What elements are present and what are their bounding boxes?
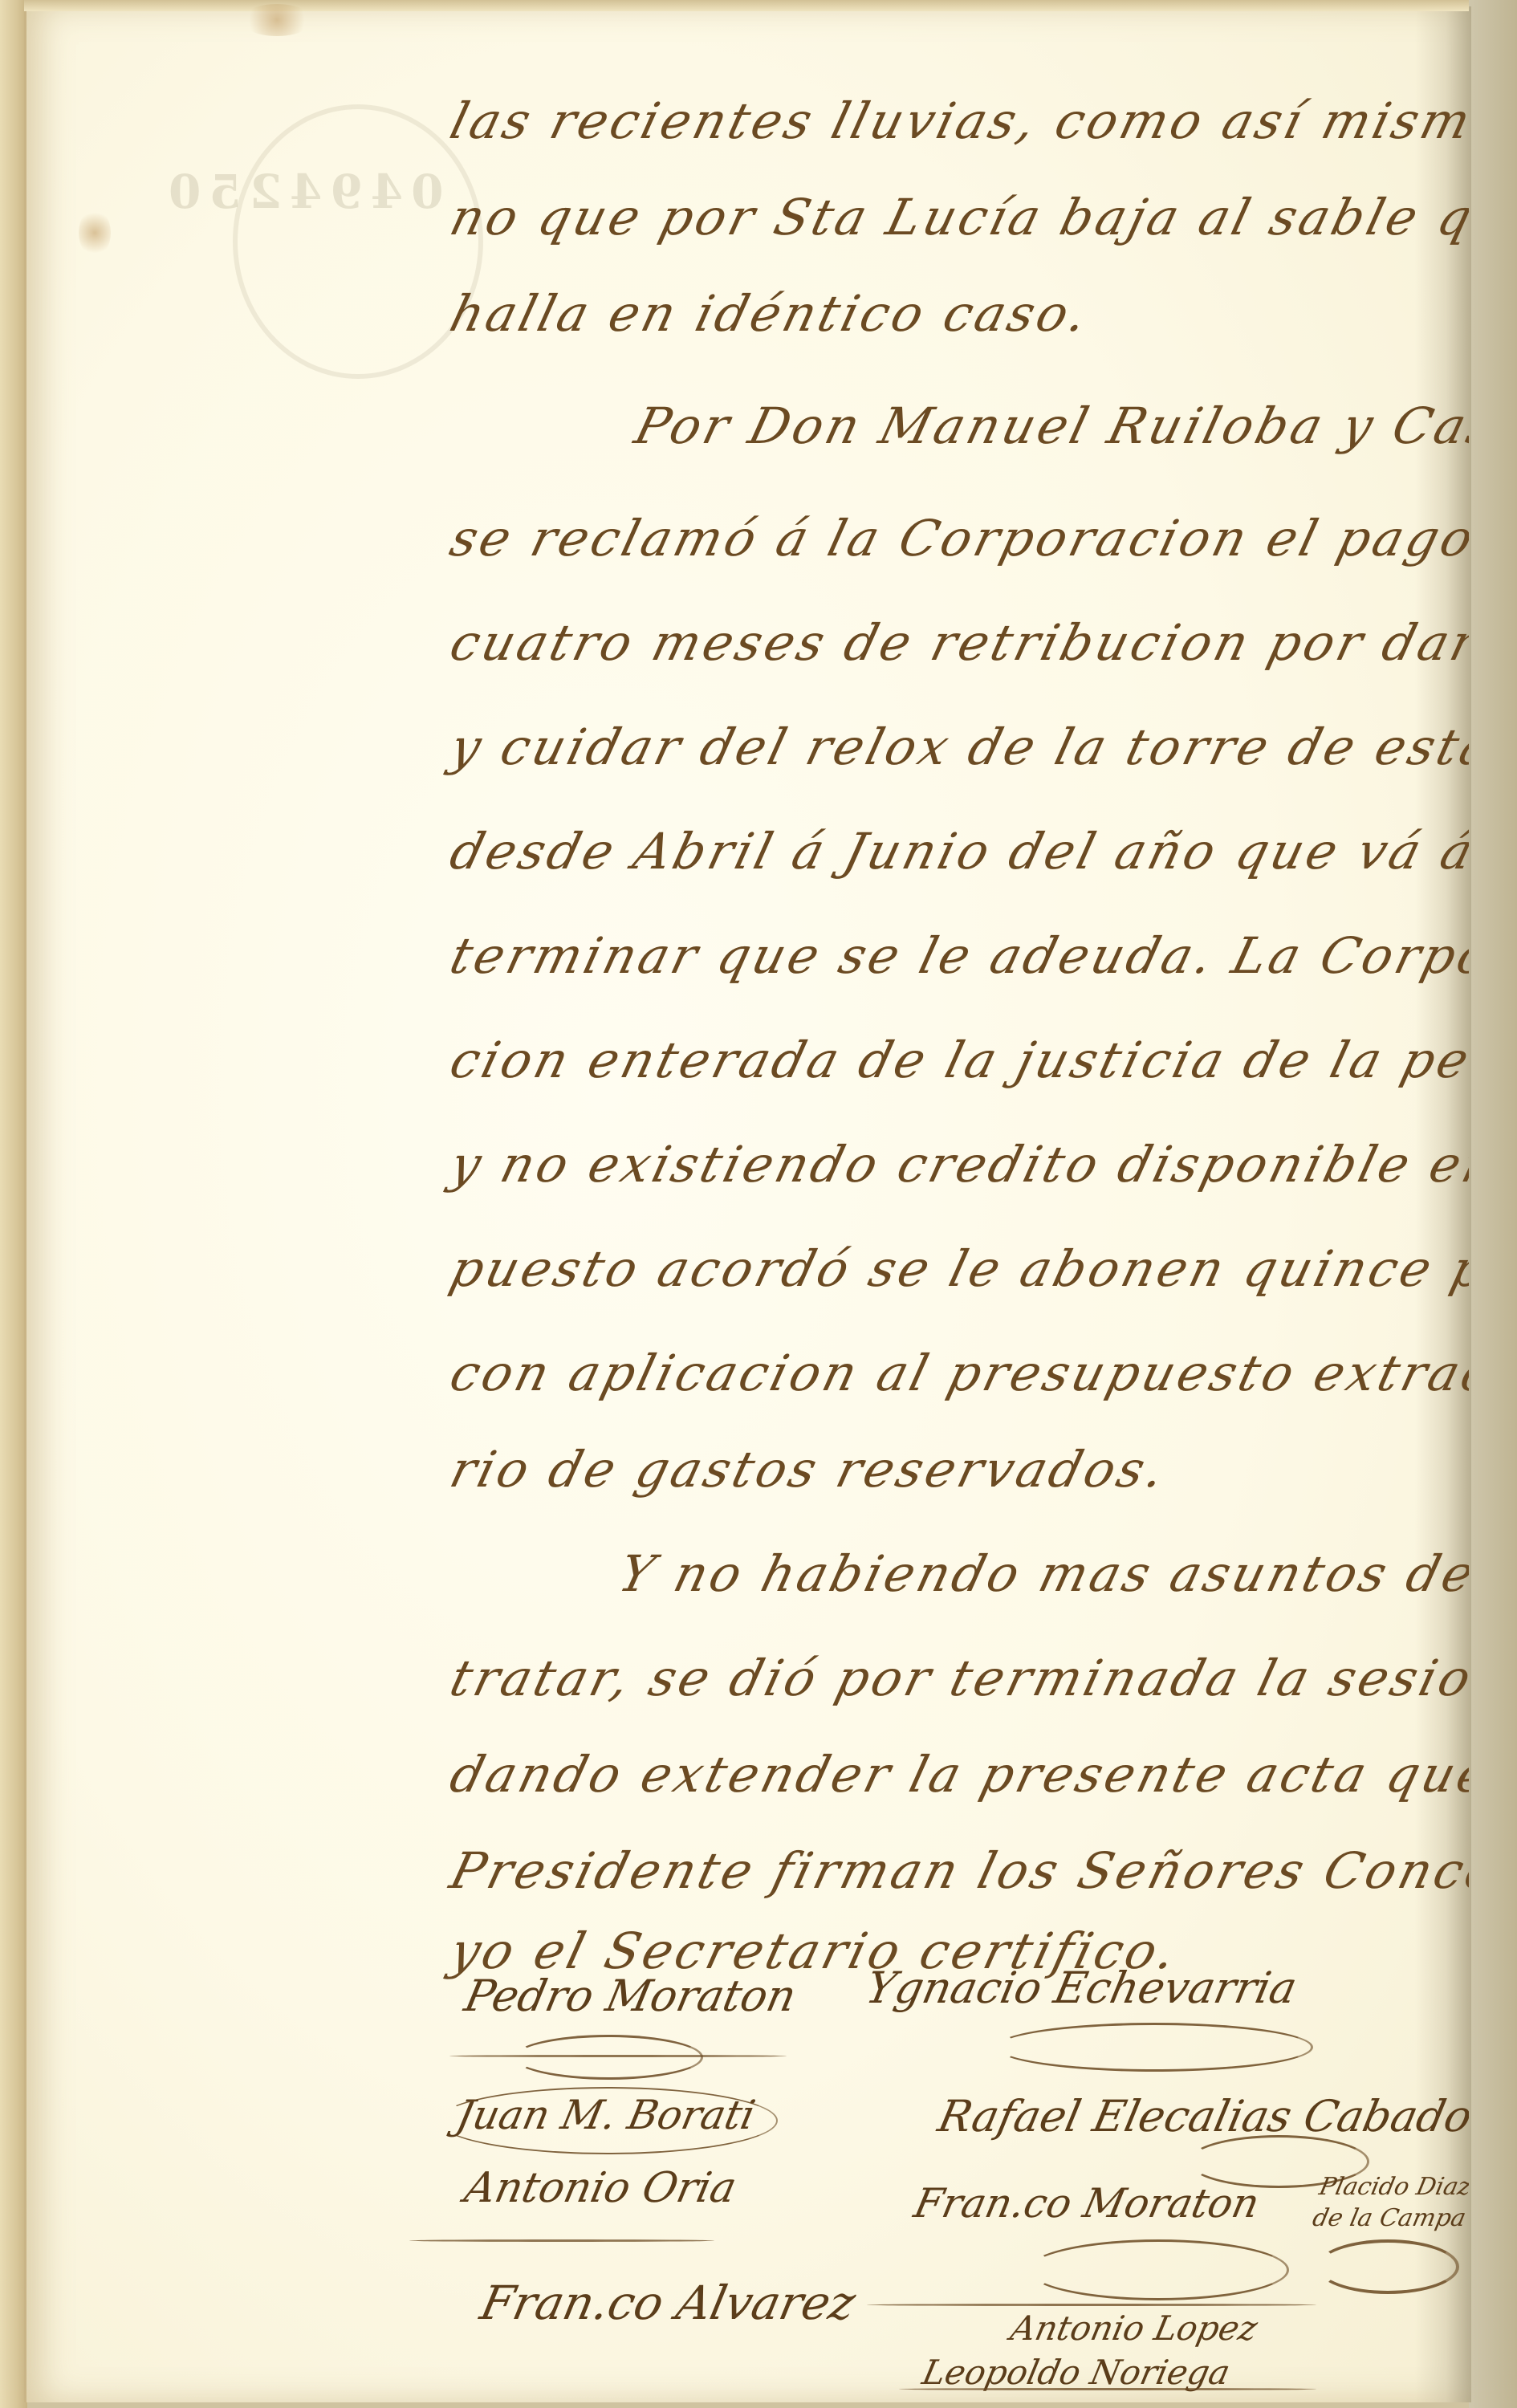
body-line: desde Abril á Junio del año que vá á [445, 827, 1469, 877]
signature-leopoldo-noriega: Leopoldo Noriega [920, 2356, 1233, 2390]
signature-rafael-cabado: Rafael Elecalias Cabado [934, 2095, 1469, 2138]
signature-antonio-oria: Antonio Oria [461, 2167, 739, 2209]
body-line: las recientes lluvias, como así mismo el… [445, 96, 1469, 146]
signature-francisco-moraton: Fran.co Moraton [911, 2183, 1263, 2223]
body-line: cion enterada de la justicia de la petic… [445, 1035, 1469, 1085]
signature-francisco-alvarez: Fran.co Alvarez [477, 2280, 860, 2326]
book-right-edge [1469, 0, 1517, 2408]
body-line: rio de gastos reservados. [445, 1445, 1172, 1495]
signature-flourish [1027, 2239, 1289, 2300]
body-line: puesto acordó se le abonen quince peseta… [445, 1244, 1469, 1294]
text-area: las recientes lluvias, como así mismo el… [0, 0, 1469, 2408]
body-line: tratar, se dió por terminada la sesion, … [445, 1653, 1469, 1703]
signature-flourish [514, 2035, 703, 2080]
signature-flourish [437, 2087, 778, 2154]
signature-ygnacio-echevarria: Ygnacio Echevarria [862, 1967, 1300, 2010]
signature-swash [449, 2055, 787, 2057]
body-line: se reclamó á la Corporacion el pago de [445, 514, 1469, 563]
body-line: Presidente firman los Señores Concejales… [445, 1846, 1469, 1896]
signature-flourish [995, 2023, 1313, 2072]
body-line: no que por Sta Lucía baja al sable que s… [445, 193, 1469, 242]
signature-swash [867, 2304, 1316, 2306]
body-line: cuatro meses de retribucion por dar cuer… [445, 618, 1469, 668]
body-line-paragraph-start: Y no habiendo mas asuntos de que [614, 1549, 1469, 1599]
body-line: y no existiendo credito disponible en el… [445, 1140, 1469, 1190]
signature-placido-diaz-de-la-campa: Placido Diaz de la Campa [1310, 2171, 1469, 2234]
signature-swash [409, 2239, 714, 2242]
signature-swash [899, 2388, 1316, 2390]
body-line-paragraph-start: Por Don Manuel Ruiloba y Casta- [630, 401, 1469, 451]
signature-pedro-moraton: Pedro Moraton [461, 1975, 799, 2018]
body-line: con aplicacion al presupuesto extraordin… [445, 1348, 1469, 1398]
signature-flourish [1316, 2239, 1459, 2294]
body-line: y cuidar del relox de la torre de esta v… [445, 722, 1469, 772]
signature-antonio-lopez: Antonio Lopez [1008, 2312, 1261, 2345]
body-line: dando extender la presente acta que con … [445, 1750, 1469, 1800]
body-line: terminar que se le adeuda. La Corpora- [445, 931, 1469, 981]
body-line: halla en idéntico caso. [445, 289, 1095, 339]
